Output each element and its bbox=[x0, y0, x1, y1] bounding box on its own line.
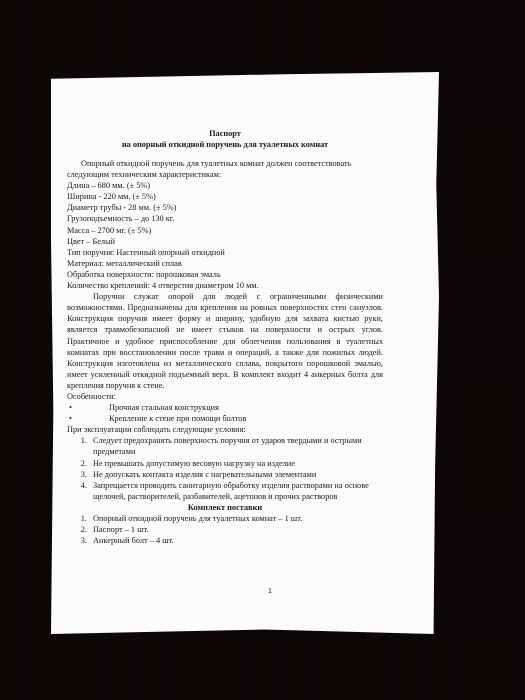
conditions-heading: При эксплуатации соблюдать следующие усл… bbox=[67, 424, 383, 435]
bullet-icon: • bbox=[67, 413, 99, 424]
spec-color: Цвет – Белый bbox=[67, 236, 383, 247]
kit-list: 1. Опорный откидной поручень для туалетн… bbox=[67, 513, 383, 546]
spec-diameter: Диаметр трубы - 28 мм. (± 5%) bbox=[67, 202, 383, 213]
kit-item: 1. Опорный откидной поручень для туалетн… bbox=[67, 513, 383, 524]
condition-item: 3. Не допускать контакта изделия с нагре… bbox=[67, 469, 383, 480]
feature-item: • Крепление к стене при помощи болтов bbox=[67, 413, 383, 424]
kit-item: 2. Паспорт – 1 шт. bbox=[67, 524, 383, 535]
spec-material: Материал: металлический сплав bbox=[67, 258, 383, 269]
spec-mounting: Количество креплений: 4 отверстия диамет… bbox=[67, 280, 383, 291]
document-title: Паспорт bbox=[67, 128, 383, 139]
spec-list: Длина – 680 мм. (± 5%) Ширина - 220 мм. … bbox=[67, 180, 383, 291]
condition-item: 4. Запрещается проводить санитарную обра… bbox=[67, 480, 383, 502]
spec-mass: Масса – 2700 мг. (± 5%) bbox=[67, 225, 383, 236]
condition-item: 2. Не превышать допустимую весовую нагру… bbox=[67, 458, 383, 469]
bullet-icon: • bbox=[67, 402, 99, 413]
spec-width: Ширина - 220 мм. (± 5%) bbox=[67, 191, 383, 202]
conditions-list: 1. Следует предохранять поверхность пору… bbox=[67, 435, 383, 502]
kit-item: 3. Анкерный болт – 4 шт. bbox=[67, 535, 383, 546]
description-paragraph: Поручни служат опорой для людей с ограни… bbox=[67, 291, 383, 391]
spec-capacity: Грузоподъемность – до 130 кг. bbox=[67, 213, 383, 224]
document-subtitle: на опорный откидной поручень для туалетн… bbox=[67, 139, 383, 150]
spec-type: Тип поручня: Настенный опорный откидной bbox=[67, 247, 383, 258]
page-number: 1 bbox=[268, 588, 272, 595]
spec-length: Длина – 680 мм. (± 5%) bbox=[67, 180, 383, 191]
kit-heading: Комплект поставки bbox=[67, 502, 383, 513]
condition-item: 1. Следует предохранять поверхность пору… bbox=[67, 435, 383, 457]
feature-item: • Прочная стальная конструкция bbox=[67, 402, 383, 413]
features-heading: Особенности: bbox=[67, 391, 383, 402]
spec-finish: Обработка поверхности: порошковая эмаль bbox=[67, 269, 383, 280]
intro-paragraph: Опорный откидной поручень для туалетных … bbox=[67, 158, 383, 180]
